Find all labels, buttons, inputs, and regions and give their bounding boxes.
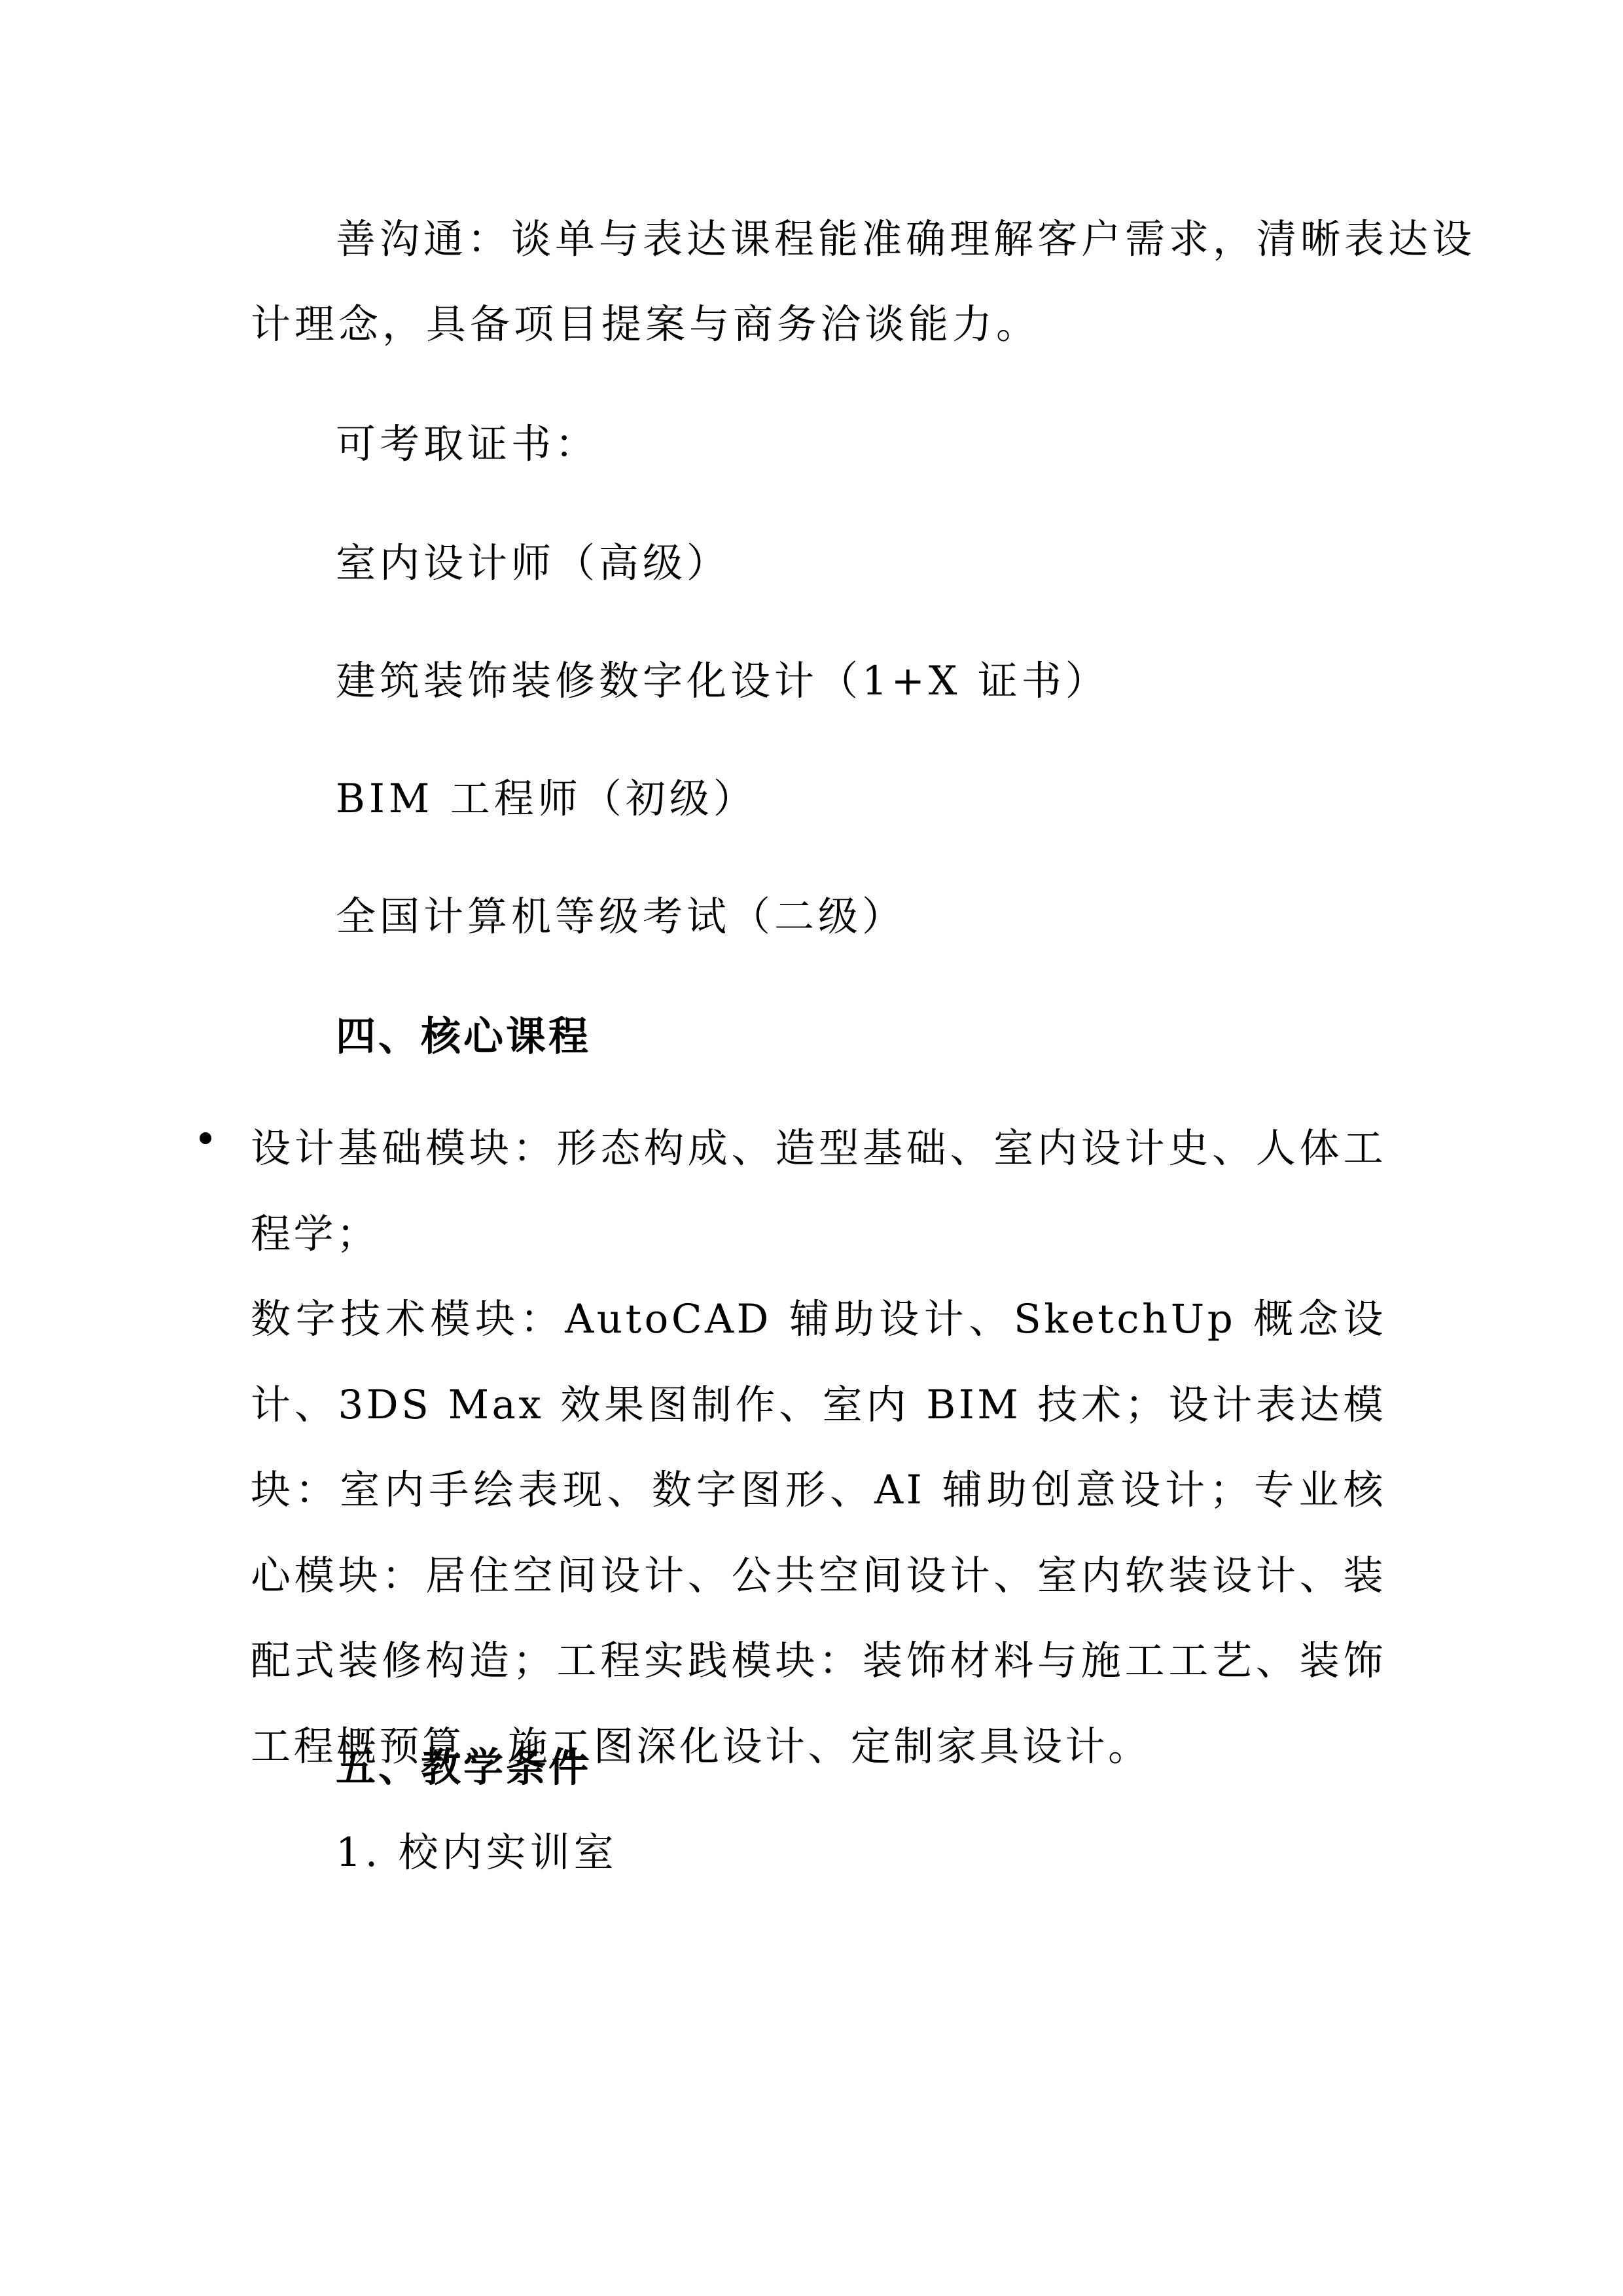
certificate-item: 建筑装饰装修数字化设计（1+X 证书） xyxy=(336,661,1109,701)
core-courses-paragraph: 设计基础模块：形态构成、造型基础、室内设计史、人体工程学； 数字技术模块：Aut… xyxy=(251,1106,1386,1789)
certificate-item: 全国计算机等级考试（二级） xyxy=(336,897,906,937)
intro-line-1: 善沟通：谈单与表达课程能准确理解客户需求，清晰表达设 xyxy=(336,219,1476,259)
section-5-title: 五、教学条件 xyxy=(336,1748,591,1787)
certificate-item: 室内设计师（高级） xyxy=(336,543,730,583)
certificates-heading: 可考取证书： xyxy=(336,424,599,464)
subsection-1-title: 1. 校内实训室 xyxy=(336,1833,618,1873)
module-name: 工程实践模块 xyxy=(556,1638,819,1684)
intro-line-2: 计理念，具备项目提案与商务洽谈能力。 xyxy=(251,304,1040,344)
module-name: 设计基础模块 xyxy=(251,1125,513,1172)
module-name: 数字技术模块 xyxy=(251,1296,520,1342)
bullet-icon xyxy=(200,1132,211,1144)
section-4-title: 四、核心课程 xyxy=(336,1016,591,1056)
module-content: 室内手绘表现、数字图形、AI 辅助创意设计； xyxy=(340,1467,1253,1513)
certificate-item: BIM 工程师（初级） xyxy=(336,779,757,819)
